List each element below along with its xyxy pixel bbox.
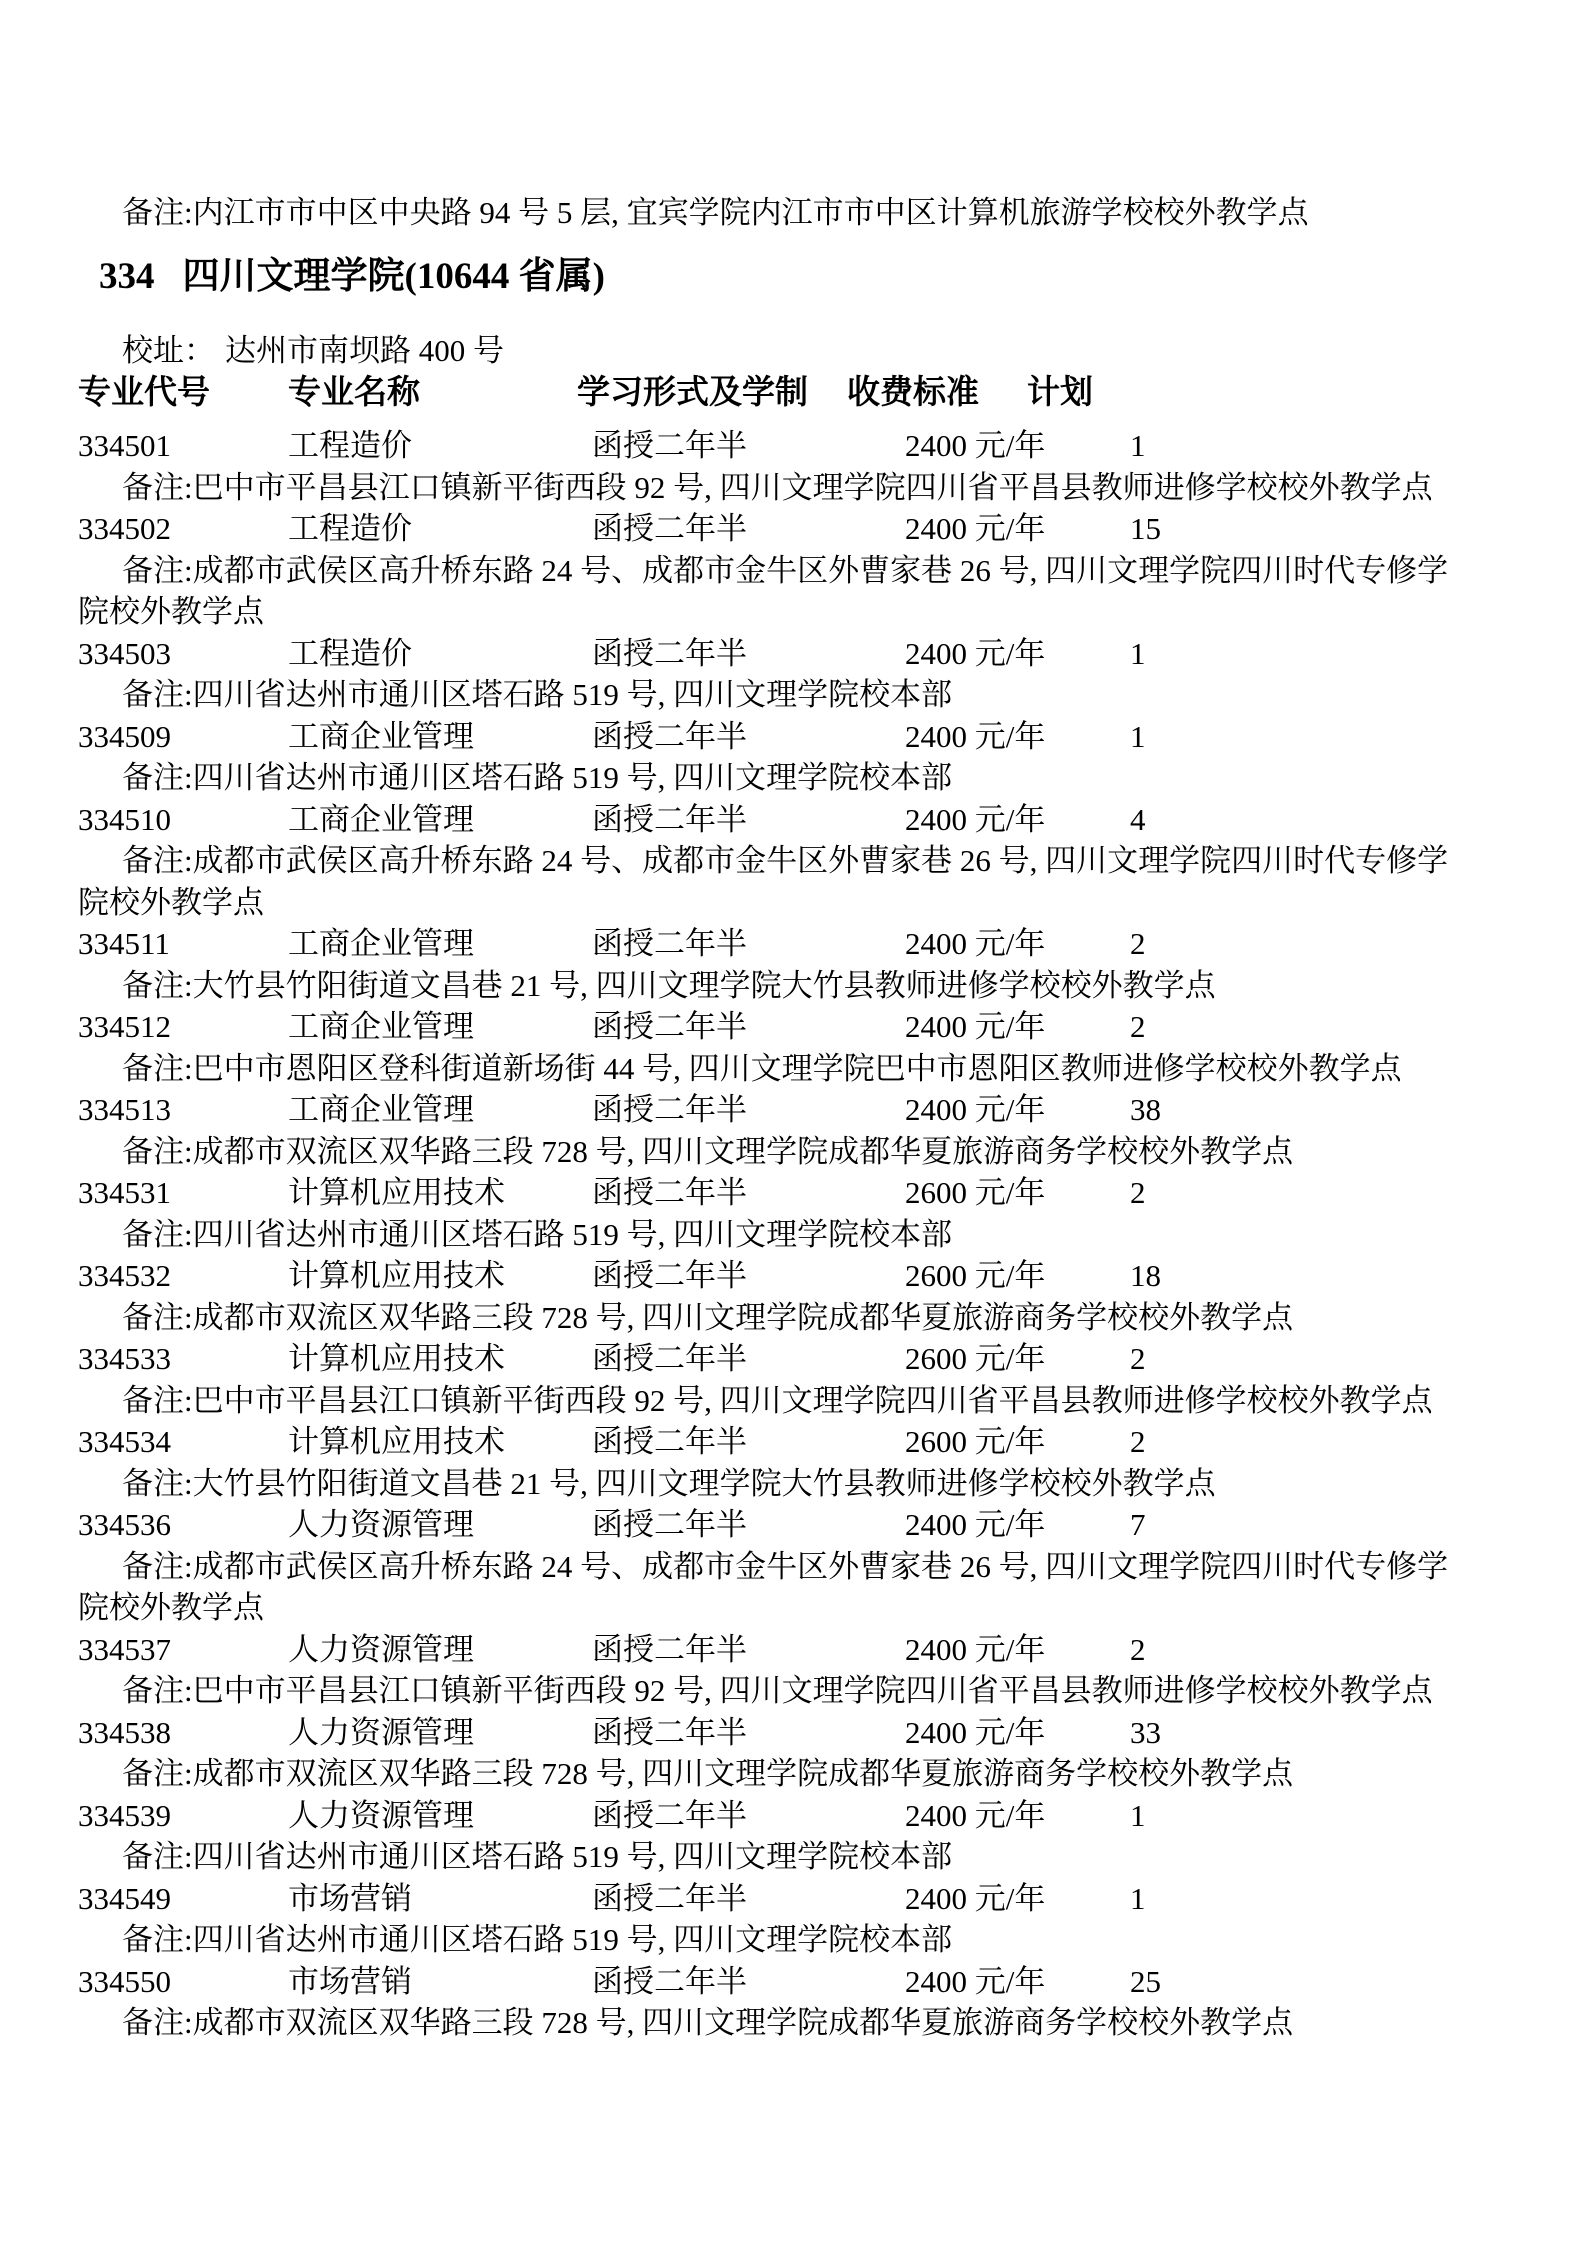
remark-line: 院校外教学点 — [0, 882, 1587, 924]
table-row: 334513 工商企业管理 函授二年半 2400 元/年 38 — [0, 1089, 1587, 1131]
plan-count: 2 — [1130, 1421, 1146, 1463]
table-row: 334503 工程造价 函授二年半 2400 元/年 1 — [0, 633, 1587, 675]
header-major-code: 专业代号 — [78, 372, 210, 414]
study-form: 函授二年半 — [592, 716, 747, 758]
major-name: 计算机应用技术 — [288, 1255, 505, 1297]
major-code: 334550 — [78, 1961, 171, 2003]
study-form: 函授二年半 — [592, 633, 747, 675]
fee-standard: 2400 元/年 — [905, 1006, 1045, 1048]
table-header: 专业代号 专业名称 学习形式及学制 收费标准 计划 — [0, 372, 1587, 414]
fee-standard: 2400 元/年 — [905, 1089, 1045, 1131]
fee-standard: 2400 元/年 — [905, 1961, 1045, 2003]
plan-count: 2 — [1130, 923, 1146, 965]
study-form: 函授二年半 — [592, 1878, 747, 1920]
remark-line: 备注:大竹县竹阳街道文昌巷 21 号, 四川文理学院大竹县教师进修学校校外教学点 — [0, 1463, 1587, 1505]
table-row: 334509 工商企业管理 函授二年半 2400 元/年 1 — [0, 716, 1587, 758]
plan-count: 18 — [1130, 1255, 1161, 1297]
remark-line: 备注:成都市武侯区高升桥东路 24 号、成都市金牛区外曹家巷 26 号, 四川文… — [0, 550, 1587, 592]
study-form: 函授二年半 — [592, 1172, 747, 1214]
remark-line: 备注:巴中市恩阳区登科街道新场街 44 号, 四川文理学院巴中市恩阳区教师进修学… — [0, 1048, 1587, 1090]
prev-school-remark: 备注:内江市市中区中央路 94 号 5 层, 宜宾学院内江市市中区计算机旅游学校… — [0, 192, 1587, 234]
major-code: 334538 — [78, 1712, 171, 1754]
plan-count: 25 — [1130, 1961, 1161, 2003]
study-form: 函授二年半 — [592, 1089, 747, 1131]
study-form: 函授二年半 — [592, 923, 747, 965]
remark-line: 备注:成都市双流区双华路三段 728 号, 四川文理学院成都华夏旅游商务学校校外… — [0, 1131, 1587, 1173]
fee-standard: 2400 元/年 — [905, 799, 1045, 841]
major-name: 工商企业管理 — [288, 716, 474, 758]
major-name: 工程造价 — [288, 508, 412, 550]
study-form: 函授二年半 — [592, 1338, 747, 1380]
major-code: 334539 — [78, 1795, 171, 1837]
major-code: 334501 — [78, 425, 171, 467]
fee-standard: 2400 元/年 — [905, 1712, 1045, 1754]
plan-count: 2 — [1130, 1006, 1146, 1048]
fee-standard: 2400 元/年 — [905, 1795, 1045, 1837]
fee-standard: 2600 元/年 — [905, 1338, 1045, 1380]
remark-line: 备注:巴中市平昌县江口镇新平街西段 92 号, 四川文理学院四川省平昌县教师进修… — [0, 1670, 1587, 1712]
major-name: 计算机应用技术 — [288, 1421, 505, 1463]
fee-standard: 2400 元/年 — [905, 508, 1045, 550]
plan-count: 33 — [1130, 1712, 1161, 1754]
major-code: 334502 — [78, 508, 171, 550]
major-code: 334513 — [78, 1089, 171, 1131]
plan-count: 38 — [1130, 1089, 1161, 1131]
major-name: 工程造价 — [288, 425, 412, 467]
remark-line: 备注:成都市武侯区高升桥东路 24 号、成都市金牛区外曹家巷 26 号, 四川文… — [0, 1546, 1587, 1588]
school-name: 四川文理学院(10644 省属) — [183, 256, 605, 297]
remark-line: 备注:四川省达州市通川区塔石路 519 号, 四川文理学院校本部 — [0, 674, 1587, 716]
remark-line: 备注:四川省达州市通川区塔石路 519 号, 四川文理学院校本部 — [0, 1919, 1587, 1961]
remark-line: 备注:成都市武侯区高升桥东路 24 号、成都市金牛区外曹家巷 26 号, 四川文… — [0, 840, 1587, 882]
study-form: 函授二年半 — [592, 1421, 747, 1463]
major-name: 工商企业管理 — [288, 799, 474, 841]
remark-line: 备注:四川省达州市通川区塔石路 519 号, 四川文理学院校本部 — [0, 1214, 1587, 1256]
table-row: 334533 计算机应用技术 函授二年半 2600 元/年 2 — [0, 1338, 1587, 1380]
table-row: 334510 工商企业管理 函授二年半 2400 元/年 4 — [0, 799, 1587, 841]
table-row: 334537 人力资源管理 函授二年半 2400 元/年 2 — [0, 1629, 1587, 1671]
fee-standard: 2600 元/年 — [905, 1172, 1045, 1214]
remark-line: 备注:四川省达州市通川区塔石路 519 号, 四川文理学院校本部 — [0, 757, 1587, 799]
table-row: 334512 工商企业管理 函授二年半 2400 元/年 2 — [0, 1006, 1587, 1048]
header-study-form: 学习形式及学制 — [577, 372, 808, 414]
major-name: 市场营销 — [288, 1878, 412, 1920]
plan-count: 1 — [1130, 633, 1146, 675]
major-name: 人力资源管理 — [288, 1629, 474, 1671]
major-name: 工程造价 — [288, 633, 412, 675]
major-code: 334549 — [78, 1878, 171, 1920]
major-code: 334534 — [78, 1421, 171, 1463]
study-form: 函授二年半 — [592, 1961, 747, 2003]
table-row: 334549 市场营销 函授二年半 2400 元/年 1 — [0, 1878, 1587, 1920]
table-row: 334532 计算机应用技术 函授二年半 2600 元/年 18 — [0, 1255, 1587, 1297]
major-name: 计算机应用技术 — [288, 1338, 505, 1380]
major-code: 334503 — [78, 633, 171, 675]
fee-standard: 2400 元/年 — [905, 716, 1045, 758]
major-name: 工商企业管理 — [288, 1089, 474, 1131]
table-row: 334531 计算机应用技术 函授二年半 2600 元/年 2 — [0, 1172, 1587, 1214]
remark-line: 备注:大竹县竹阳街道文昌巷 21 号, 四川文理学院大竹县教师进修学校校外教学点 — [0, 965, 1587, 1007]
plan-count: 1 — [1130, 425, 1146, 467]
table-row: 334538 人力资源管理 函授二年半 2400 元/年 33 — [0, 1712, 1587, 1754]
remark-line: 院校外教学点 — [0, 591, 1587, 633]
study-form: 函授二年半 — [592, 1255, 747, 1297]
study-form: 函授二年半 — [592, 425, 747, 467]
fee-standard: 2400 元/年 — [905, 1504, 1045, 1546]
study-form: 函授二年半 — [592, 1504, 747, 1546]
plan-count: 7 — [1130, 1504, 1146, 1546]
school-title: 334四川文理学院(10644 省属) — [99, 255, 605, 299]
study-form: 函授二年半 — [592, 1006, 747, 1048]
study-form: 函授二年半 — [592, 1629, 747, 1671]
study-form: 函授二年半 — [592, 508, 747, 550]
table-row: 334550 市场营销 函授二年半 2400 元/年 25 — [0, 1961, 1587, 2003]
plan-count: 1 — [1130, 1878, 1146, 1920]
plan-count: 1 — [1130, 1795, 1146, 1837]
remark-line: 院校外教学点 — [0, 1587, 1587, 1629]
header-fee-standard: 收费标准 — [847, 372, 979, 414]
header-major-name: 专业名称 — [288, 372, 420, 414]
plan-count: 2 — [1130, 1338, 1146, 1380]
remark-line: 备注:成都市双流区双华路三段 728 号, 四川文理学院成都华夏旅游商务学校校外… — [0, 2002, 1587, 2044]
header-plan: 计划 — [1027, 372, 1093, 414]
table-row: 334534 计算机应用技术 函授二年半 2600 元/年 2 — [0, 1421, 1587, 1463]
study-form: 函授二年半 — [592, 1795, 747, 1837]
major-code: 334509 — [78, 716, 171, 758]
fee-standard: 2400 元/年 — [905, 1878, 1045, 1920]
program-table-body: 334501 工程造价 函授二年半 2400 元/年 1 备注:巴中市平昌县江口… — [0, 425, 1587, 2044]
major-name: 工商企业管理 — [288, 923, 474, 965]
plan-count: 1 — [1130, 716, 1146, 758]
fee-standard: 2400 元/年 — [905, 1629, 1045, 1671]
school-address-label: 校址： — [122, 333, 215, 368]
major-name: 计算机应用技术 — [288, 1172, 505, 1214]
major-name: 人力资源管理 — [288, 1795, 474, 1837]
plan-count: 2 — [1130, 1629, 1146, 1671]
plan-count: 4 — [1130, 799, 1146, 841]
fee-standard: 2600 元/年 — [905, 1421, 1045, 1463]
fee-standard: 2600 元/年 — [905, 1255, 1045, 1297]
school-address-value: 达州市南坝路 400 号 — [225, 333, 504, 368]
major-name: 人力资源管理 — [288, 1504, 474, 1546]
major-code: 334510 — [78, 799, 171, 841]
school-code: 334 — [99, 256, 155, 297]
fee-standard: 2400 元/年 — [905, 923, 1045, 965]
plan-count: 15 — [1130, 508, 1161, 550]
remark-line: 备注:四川省达州市通川区塔石路 519 号, 四川文理学院校本部 — [0, 1836, 1587, 1878]
major-code: 334511 — [78, 923, 170, 965]
table-row: 334539 人力资源管理 函授二年半 2400 元/年 1 — [0, 1795, 1587, 1837]
major-code: 334531 — [78, 1172, 171, 1214]
table-row: 334511 工商企业管理 函授二年半 2400 元/年 2 — [0, 923, 1587, 965]
school-address: 校址：达州市南坝路 400 号 — [122, 330, 504, 372]
major-code: 334537 — [78, 1629, 171, 1671]
table-row: 334501 工程造价 函授二年半 2400 元/年 1 — [0, 425, 1587, 467]
fee-standard: 2400 元/年 — [905, 633, 1045, 675]
major-code: 334536 — [78, 1504, 171, 1546]
major-name: 工商企业管理 — [288, 1006, 474, 1048]
remark-line: 备注:巴中市平昌县江口镇新平街西段 92 号, 四川文理学院四川省平昌县教师进修… — [0, 1380, 1587, 1422]
remark-line: 备注:巴中市平昌县江口镇新平街西段 92 号, 四川文理学院四川省平昌县教师进修… — [0, 467, 1587, 509]
major-name: 人力资源管理 — [288, 1712, 474, 1754]
study-form: 函授二年半 — [592, 1712, 747, 1754]
major-code: 334532 — [78, 1255, 171, 1297]
remark-line: 备注:成都市双流区双华路三段 728 号, 四川文理学院成都华夏旅游商务学校校外… — [0, 1297, 1587, 1339]
major-code: 334533 — [78, 1338, 171, 1380]
major-name: 市场营销 — [288, 1961, 412, 2003]
fee-standard: 2400 元/年 — [905, 425, 1045, 467]
plan-count: 2 — [1130, 1172, 1146, 1214]
table-row: 334536 人力资源管理 函授二年半 2400 元/年 7 — [0, 1504, 1587, 1546]
remark-line: 备注:成都市双流区双华路三段 728 号, 四川文理学院成都华夏旅游商务学校校外… — [0, 1753, 1587, 1795]
document-page: 备注:内江市市中区中央路 94 号 5 层, 宜宾学院内江市市中区计算机旅游学校… — [0, 0, 1587, 2245]
major-code: 334512 — [78, 1006, 171, 1048]
study-form: 函授二年半 — [592, 799, 747, 841]
table-row: 334502 工程造价 函授二年半 2400 元/年 15 — [0, 508, 1587, 550]
